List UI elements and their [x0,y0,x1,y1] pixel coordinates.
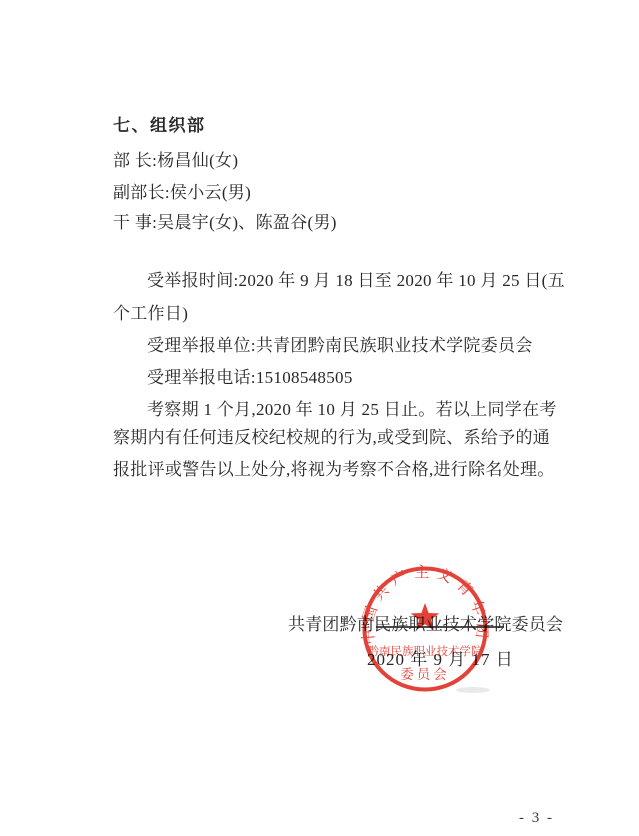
body-line-workdays: 个工作日) [113,304,188,324]
page-number: - 3 - [519,808,554,828]
scanned-document-page: 七、组织部 部 长:杨昌仙(女) 副部长:侯小云(男) 干 事:吴晨宇(女)、陈… [0,0,639,836]
roster-line-director: 部 长:杨昌仙(女) [113,151,238,171]
roster-line-deputy: 副部长:侯小云(男) [113,183,251,203]
body-line-probation-3: 报批评或警告以上处分,将视为考察不合格,进行除名处理。 [113,460,555,480]
body-line-probation-2: 察期内有任何违反校纪校规的行为,或受到院、系给予的通 [113,428,550,448]
body-line-report-phone: 受理举报电话:15108548505 [147,368,353,388]
official-seal: 中国共产主义青年团 黔南民族职业技术学院 委员会 [345,549,505,709]
section-title: 七、组织部 [113,116,206,136]
seal-inner-text-2: 委员会 [400,667,450,682]
star-icon [411,603,440,630]
body-line-report-time: 受举报时间:2020 年 9 月 18 日至 2020 年 10 月 25 日(… [147,271,565,291]
body-line-report-unit: 受理举报单位:共青团黔南民族职业技术学院委员会 [147,336,533,356]
roster-line-staff: 干 事:吴晨宇(女)、陈盈谷(男) [113,213,337,233]
seal-inner-text-1: 黔南民族职业技术学院 [368,644,483,658]
body-line-probation-1: 考察期 1 个月,2020 年 10 月 25 日止。若以上同学在考 [147,400,557,420]
